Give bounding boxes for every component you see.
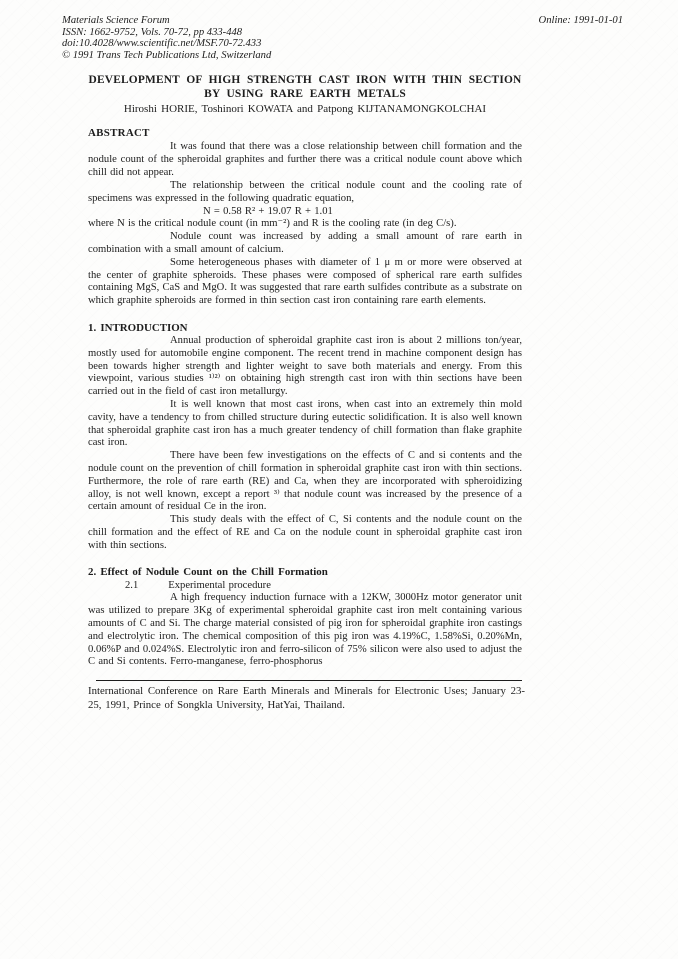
abstract-paragraph-5: Some heterogeneous phases with diameter … bbox=[88, 257, 522, 308]
introduction-heading: 1. INTRODUCTION bbox=[88, 321, 522, 335]
journal-info-block: Materials Science Forum ISSN: 1662-9752,… bbox=[62, 15, 271, 61]
introduction-paragraph-3: There have been few investigations on th… bbox=[88, 450, 522, 514]
journal-issn-line: ISSN: 1662-9752, Vols. 70-72, pp 433-448 bbox=[62, 27, 271, 39]
abstract-paragraph-4: Nodule count was increased by adding a s… bbox=[88, 231, 522, 257]
abstract-paragraph-2: The relationship between the critical no… bbox=[88, 180, 522, 206]
subsection-number: 2.1 bbox=[125, 580, 138, 591]
section2-subsection-heading: 2.1Experimental procedure bbox=[88, 579, 522, 592]
online-date: Online: 1991-01-01 bbox=[539, 15, 623, 27]
paper-authors: Hiroshi HORIE, Toshinori KOWATA and Patp… bbox=[88, 102, 522, 116]
journal-doi-line: doi:10.4028/www.scientific.net/MSF.70-72… bbox=[62, 38, 271, 50]
journal-name: Materials Science Forum bbox=[62, 15, 271, 27]
journal-copyright-line: © 1991 Trans Tech Publications Ltd, Swit… bbox=[62, 50, 271, 62]
abstract-paragraph-1: It was found that there was a close rela… bbox=[88, 141, 522, 179]
quadratic-equation: N = 0.58 R² + 19.07 R + 1.01 bbox=[203, 205, 522, 218]
abstract-heading: ABSTRACT bbox=[88, 126, 522, 140]
introduction-paragraph-4: This study deals with the effect of C, S… bbox=[88, 514, 522, 552]
conference-footnote-text: International Conference on Rare Earth M… bbox=[88, 685, 525, 713]
section2-heading: 2. Effect of Nodule Count on the Chill F… bbox=[88, 565, 522, 579]
conference-footnote: International Conference on Rare Earth M… bbox=[88, 680, 525, 713]
introduction-paragraph-1: Annual production of spheroidal graphite… bbox=[88, 335, 522, 399]
footnote-rule bbox=[96, 680, 522, 681]
document-page: Materials Science Forum ISSN: 1662-9752,… bbox=[0, 0, 678, 959]
paper-title-line2: BY USING RARE EARTH METALS bbox=[88, 87, 522, 101]
journal-header: Materials Science Forum ISSN: 1662-9752,… bbox=[0, 0, 678, 61]
paper-title-line1: DEVELOPMENT OF HIGH STRENGTH CAST IRON W… bbox=[88, 73, 522, 87]
title-block: DEVELOPMENT OF HIGH STRENGTH CAST IRON W… bbox=[88, 73, 522, 116]
section2-paragraph-1: A high frequency induction furnace with … bbox=[88, 592, 522, 669]
introduction-paragraph-2: It is well known that most cast irons, w… bbox=[88, 399, 522, 450]
article-body: ABSTRACT It was found that there was a c… bbox=[88, 126, 522, 669]
abstract-paragraph-3: where N is the critical nodule count (in… bbox=[88, 218, 522, 231]
subsection-title: Experimental procedure bbox=[168, 580, 271, 591]
